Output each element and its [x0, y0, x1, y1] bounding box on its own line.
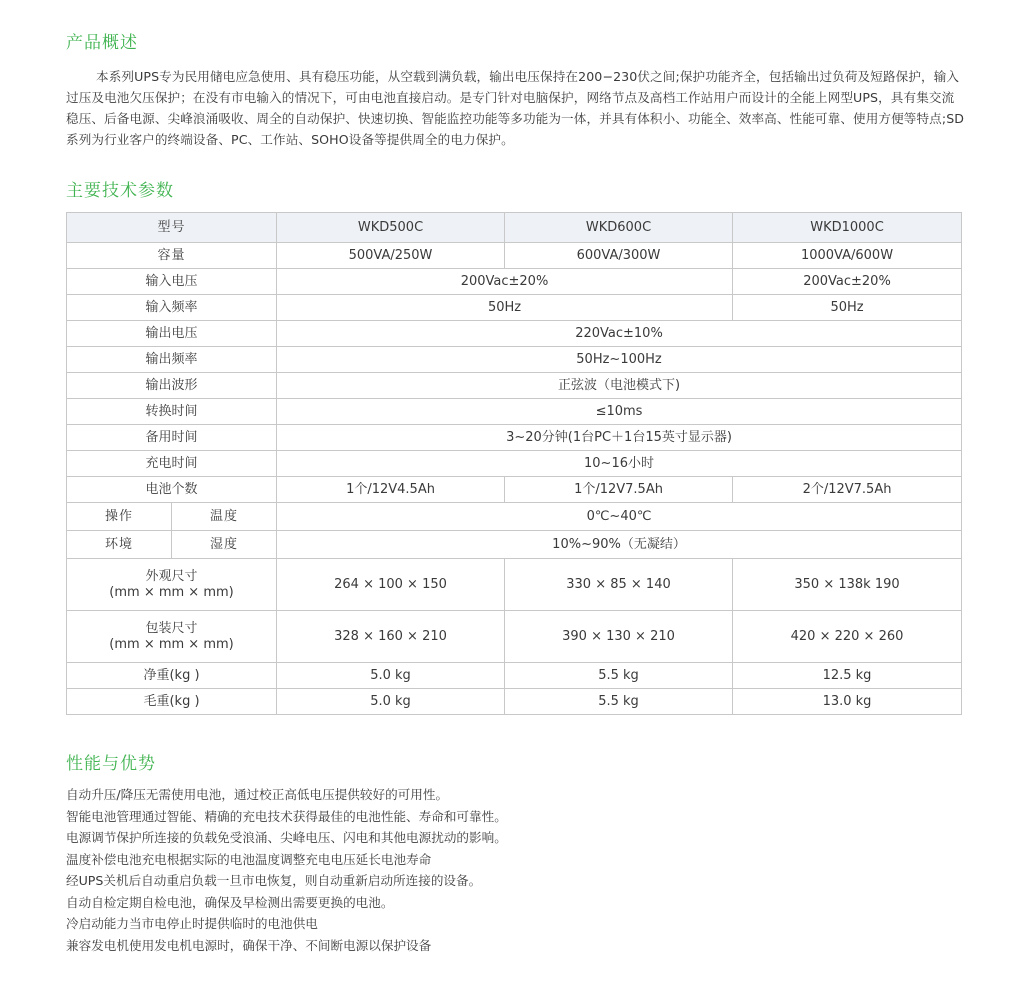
cell-value: 330 × 85 × 140	[505, 559, 733, 611]
row-label: 温度	[172, 503, 277, 531]
row-label: 输出频率	[67, 347, 277, 373]
model-header: WKD600C	[505, 213, 733, 243]
list-item: 自动升压/降压无需使用电池，通过校正高低电压提供较好的可用性。	[66, 784, 507, 806]
cell-value: 10~16小时	[277, 451, 962, 477]
cell-value: 12.5 kg	[733, 663, 962, 689]
table-row-output-voltage: 输出电压 220Vac±10%	[67, 321, 962, 347]
cell-value: 50Hz	[277, 295, 733, 321]
table-header-row: 型号 WKD500C WKD600C WKD1000C	[67, 213, 962, 243]
row-label-main: 包装尺寸	[67, 621, 276, 637]
table-row-env-temperature: 操作 温度 0℃~40℃	[67, 503, 962, 531]
row-group-label: 操作	[67, 503, 172, 531]
table-row-transfer-time: 转换时间 ≤10ms	[67, 399, 962, 425]
cell-value: 3~20分钟(1台PC＋1台15英寸显示器)	[277, 425, 962, 451]
cell-value: 264 × 100 × 150	[277, 559, 505, 611]
table-row-input-voltage: 输入电压 200Vac±20% 200Vac±20%	[67, 269, 962, 295]
row-group-label: 环境	[67, 531, 172, 559]
row-label: 毛重(kg )	[67, 689, 277, 715]
row-label: 充电时间	[67, 451, 277, 477]
header-label: 型号	[67, 213, 277, 243]
list-item: 经UPS关机后自动重启负载一旦市电恢复，则自动重新启动所连接的设备。	[66, 870, 507, 892]
cell-value: 1个/12V7.5Ah	[505, 477, 733, 503]
row-label: 湿度	[172, 531, 277, 559]
row-label: 备用时间	[67, 425, 277, 451]
table-row-output-frequency: 输出频率 50Hz~100Hz	[67, 347, 962, 373]
list-item: 兼容发电机使用发电机电源时，确保干净、不间断电源以保护设备	[66, 935, 507, 957]
cell-value: 2个/12V7.5Ah	[733, 477, 962, 503]
table-row-capacity: 容量 500VA/250W 600VA/300W 1000VA/600W	[67, 243, 962, 269]
row-label-unit: (mm × mm × mm)	[67, 585, 276, 601]
cell-value: 390 × 130 × 210	[505, 611, 733, 663]
table-row-dimensions: 外观尺寸 (mm × mm × mm) 264 × 100 × 150 330 …	[67, 559, 962, 611]
cell-value: 50Hz	[733, 295, 962, 321]
list-item: 冷启动能力当市电停止时提供临时的电池供电	[66, 913, 507, 935]
row-label: 输入电压	[67, 269, 277, 295]
row-label: 输入频率	[67, 295, 277, 321]
model-header: WKD500C	[277, 213, 505, 243]
cell-value: 220Vac±10%	[277, 321, 962, 347]
cell-value: 50Hz~100Hz	[277, 347, 962, 373]
table-row-env-humidity: 环境 湿度 10%~90%（无凝结）	[67, 531, 962, 559]
cell-value: 500VA/250W	[277, 243, 505, 269]
model-header: WKD1000C	[733, 213, 962, 243]
row-label: 外观尺寸 (mm × mm × mm)	[67, 559, 277, 611]
cell-value: 5.5 kg	[505, 689, 733, 715]
table-row-package-size: 包装尺寸 (mm × mm × mm) 328 × 160 × 210 390 …	[67, 611, 962, 663]
cell-value: 5.0 kg	[277, 663, 505, 689]
row-label: 容量	[67, 243, 277, 269]
cell-value: 5.0 kg	[277, 689, 505, 715]
cell-value: 200Vac±20%	[277, 269, 733, 295]
table-row-charge-time: 充电时间 10~16小时	[67, 451, 962, 477]
row-label: 包装尺寸 (mm × mm × mm)	[67, 611, 277, 663]
cell-value: 600VA/300W	[505, 243, 733, 269]
cell-value: 5.5 kg	[505, 663, 733, 689]
list-item: 自动自检定期自检电池，确保及早检测出需要更换的电池。	[66, 892, 507, 914]
cell-value: 350 × 138k 190	[733, 559, 962, 611]
row-label: 净重(kg )	[67, 663, 277, 689]
row-label: 输出波形	[67, 373, 277, 399]
cell-value: 13.0 kg	[733, 689, 962, 715]
list-item: 智能电池管理通过智能、精确的充电技术获得最佳的电池性能、寿命和可靠性。	[66, 806, 507, 828]
section-title-overview: 产品概述	[66, 28, 138, 53]
cell-value: 0℃~40℃	[277, 503, 962, 531]
cell-value: 1个/12V4.5Ah	[277, 477, 505, 503]
table-row-output-waveform: 输出波形 正弦波（电池模式下)	[67, 373, 962, 399]
row-label: 输出电压	[67, 321, 277, 347]
row-label-main: 外观尺寸	[67, 569, 276, 585]
cell-value: 328 × 160 × 210	[277, 611, 505, 663]
table-row-backup-time: 备用时间 3~20分钟(1台PC＋1台15英寸显示器)	[67, 425, 962, 451]
cell-value: ≤10ms	[277, 399, 962, 425]
table-row-battery-count: 电池个数 1个/12V4.5Ah 1个/12V7.5Ah 2个/12V7.5Ah	[67, 477, 962, 503]
section-title-features: 性能与优势	[66, 749, 156, 774]
table-row-gross-weight: 毛重(kg ) 5.0 kg 5.5 kg 13.0 kg	[67, 689, 962, 715]
cell-value: 10%~90%（无凝结）	[277, 531, 962, 559]
features-list: 自动升压/降压无需使用电池，通过校正高低电压提供较好的可用性。 智能电池管理通过…	[66, 784, 507, 956]
cell-value: 1000VA/600W	[733, 243, 962, 269]
overview-paragraph: 本系列UPS专为民用储电应急使用、具有稳压功能，从空载到满负载，输出电压保持在2…	[66, 66, 966, 150]
list-item: 电源调节保护所连接的负载免受浪涌、尖峰电压、闪电和其他电源扰动的影响。	[66, 827, 507, 849]
list-item: 温度补偿电池充电根据实际的电池温度调整充电电压延长电池寿命	[66, 849, 507, 871]
cell-value: 200Vac±20%	[733, 269, 962, 295]
specs-table: 型号 WKD500C WKD600C WKD1000C 容量 500VA/250…	[66, 212, 962, 715]
row-label: 转换时间	[67, 399, 277, 425]
row-label-unit: (mm × mm × mm)	[67, 637, 276, 653]
table-row-net-weight: 净重(kg ) 5.0 kg 5.5 kg 12.5 kg	[67, 663, 962, 689]
cell-value: 正弦波（电池模式下)	[277, 373, 962, 399]
table-row-input-frequency: 输入频率 50Hz 50Hz	[67, 295, 962, 321]
cell-value: 420 × 220 × 260	[733, 611, 962, 663]
row-label: 电池个数	[67, 477, 277, 503]
section-title-specs: 主要技术参数	[66, 176, 174, 201]
